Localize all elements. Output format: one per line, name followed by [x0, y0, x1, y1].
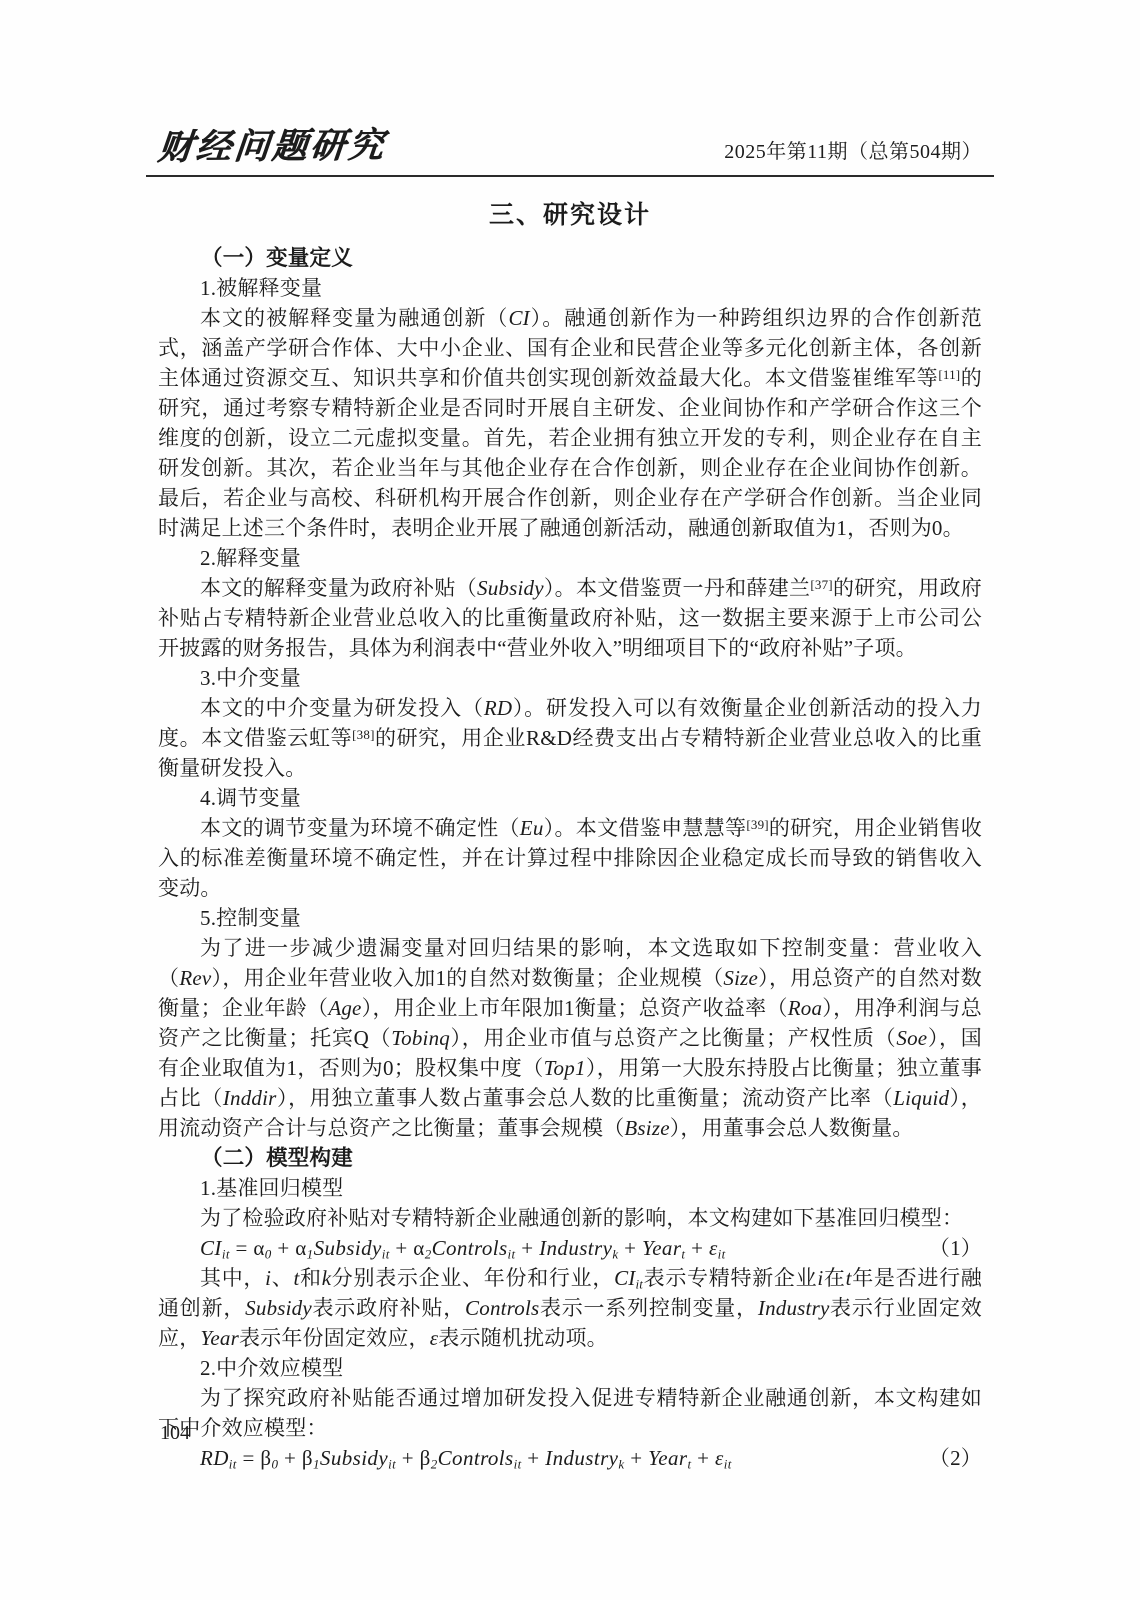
- equation-number: （2）: [929, 1443, 982, 1473]
- subsection-heading: 2.解释变量: [158, 543, 982, 573]
- page-footer: 104: [160, 1422, 190, 1445]
- subsection-heading: 4.调节变量: [158, 783, 982, 813]
- subsection-heading: 1.被解释变量: [158, 273, 982, 303]
- equation-number: （1）: [929, 1233, 982, 1263]
- body-paragraph: 本文的解释变量为政府补贴（Subsidy）。本文借鉴贾一丹和薛建兰[37]的研究…: [158, 573, 982, 663]
- body-paragraph: 其中，i、t和k分别表示企业、年份和行业，CIit表示专精特新企业i在t年是否进…: [158, 1263, 982, 1353]
- body-paragraph: 本文的调节变量为环境不确定性（Eu）。本文借鉴申慧慧等[39]的研究，用企业销售…: [158, 813, 982, 903]
- body-paragraph: 为了进一步减少遗漏变量对回归结果的影响，本文选取如下控制变量：营业收入（Rev）…: [158, 933, 982, 1143]
- equation-formula: CIit = α0 + α1Subsidyit + α2Controlsit +…: [158, 1233, 726, 1263]
- page-number: 104: [160, 1422, 190, 1444]
- body-paragraph: 本文的被解释变量为融通创新（CI）。融通创新作为一种跨组织边界的合作创新范式，涵…: [158, 303, 982, 543]
- page-header: 财经问题研究 2025年第11期（总第504期）: [146, 128, 994, 177]
- equation: CIit = α0 + α1Subsidyit + α2Controlsit +…: [158, 1233, 982, 1263]
- subsection-heading: 1.基准回归模型: [158, 1173, 982, 1203]
- page-title: 三、研究设计: [158, 199, 982, 231]
- subsection-heading: 5.控制变量: [158, 903, 982, 933]
- article-body: （一）变量定义1.被解释变量本文的被解释变量为融通创新（CI）。融通创新作为一种…: [158, 243, 982, 1473]
- body-paragraph: 本文的中介变量为研发投入（RD）。研发投入可以有效衡量企业创新活动的投入力度。本…: [158, 693, 982, 783]
- subsection-heading: 3.中介变量: [158, 663, 982, 693]
- section-heading: （二）模型构建: [158, 1143, 982, 1173]
- body-paragraph: 为了检验政府补贴对专精特新企业融通创新的影响，本文构建如下基准回归模型：: [158, 1203, 982, 1233]
- issue-info: 2025年第11期（总第504期）: [724, 140, 982, 167]
- subsection-heading: 2.中介效应模型: [158, 1353, 982, 1383]
- section-heading: （一）变量定义: [158, 243, 982, 273]
- journal-page: 财经问题研究 2025年第11期（总第504期） 三、研究设计 （一）变量定义1…: [0, 0, 1140, 1600]
- journal-logo: 财经问题研究: [156, 127, 388, 168]
- equation-formula: RDit = β0 + β1Subsidyit + β2Controlsit +…: [158, 1443, 732, 1473]
- equation: RDit = β0 + β1Subsidyit + β2Controlsit +…: [158, 1443, 982, 1473]
- body-paragraph: 为了探究政府补贴能否通过增加研发投入促进专精特新企业融通创新，本文构建如下中介效…: [158, 1383, 982, 1443]
